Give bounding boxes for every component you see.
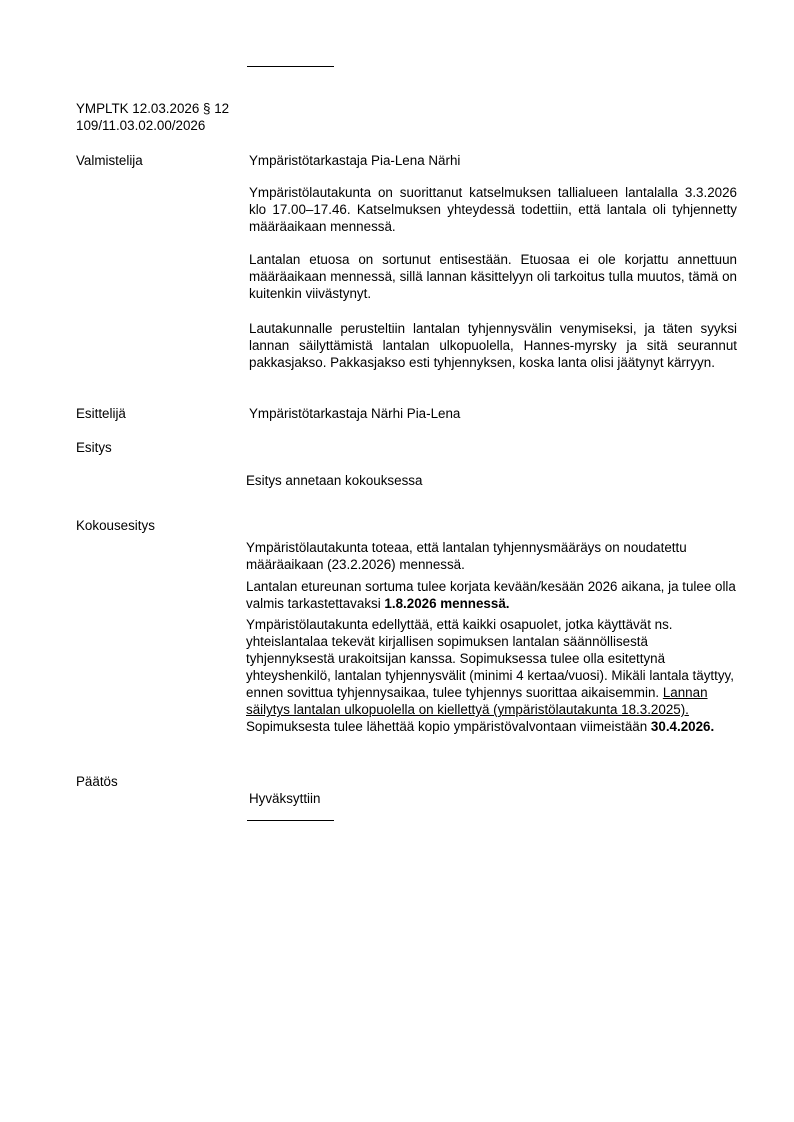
bottom-separator-line [247,820,334,821]
preparer-paragraph-1: Ympäristölautakunta on suorittanut katse… [249,184,737,235]
presenter-name: Ympäristötarkastaja Närhi Pia-Lena [249,405,460,422]
preparer-name: Ympäristötarkastaja Pia-Lena Närhi [249,152,460,169]
decision-text: Hyväksyttiin [249,790,320,807]
meeting-reference: YMPLTK 12.03.2026 § 12 [76,100,229,117]
presenter-label: Esittelijä [76,405,126,422]
preparer-label: Valmistelija [76,152,143,169]
proposal-text: Esitys annetaan kokouksessa [246,472,422,489]
meeting-proposal-label: Kokousesitys [76,517,155,534]
case-number: 109/11.03.02.00/2026 [76,117,205,134]
proposal-label: Esitys [76,439,112,456]
meeting-proposal-p3-text: Ympäristölautakunta edellyttää, että kai… [246,617,734,700]
meeting-proposal-paragraph-3: Ympäristölautakunta edellyttää, että kai… [246,616,738,735]
meeting-proposal-p3-after: Sopimuksesta tulee lähettää kopio ympäri… [246,719,651,734]
top-separator-line [247,66,334,67]
preparer-paragraph-3: Lautakunnalle perusteltiin lantalan tyhj… [249,320,737,371]
preparer-paragraph-2: Lantalan etuosa on sortunut entisestään.… [249,251,737,302]
meeting-proposal-paragraph-2: Lantalan etureunan sortuma tulee korjata… [246,578,736,612]
meeting-proposal-p3-deadline: 30.4.2026. [651,719,714,734]
decision-label: Päätös [76,773,118,790]
meeting-proposal-paragraph-1: Ympäristölautakunta toteaa, että lantala… [246,539,736,573]
meeting-proposal-p2-deadline: 1.8.2026 mennessä. [384,596,509,611]
